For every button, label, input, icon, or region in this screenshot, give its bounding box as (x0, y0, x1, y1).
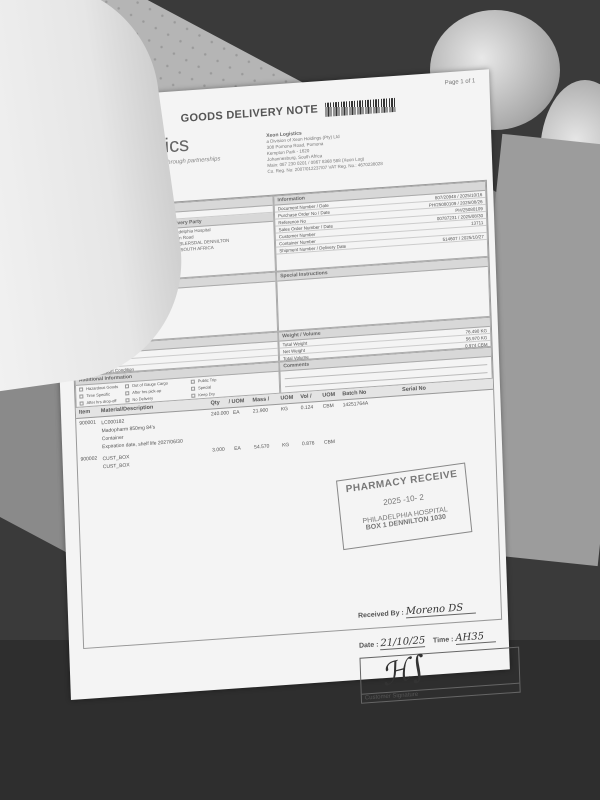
checkbox[interactable] (80, 401, 84, 405)
checkbox[interactable] (125, 398, 129, 402)
date-time-field: Date : 21/10/25 Time : AH35 (359, 630, 496, 652)
column-header: UOM (280, 394, 300, 401)
document-title: GOODS DELIVERY NOTE (180, 103, 318, 125)
checkbox[interactable] (79, 394, 83, 398)
date-value[interactable]: 21/10/25 (380, 635, 425, 650)
signature-scribble-icon: ℋ∫ (378, 649, 429, 694)
item-serial (402, 395, 453, 430)
date-label: Date : (359, 641, 379, 649)
item-mass: 21.900 (253, 407, 282, 441)
item-description: CUST_BOX CUST_BOX (102, 448, 212, 472)
info-label: Reference No (278, 218, 306, 224)
item-mass: 54.570 (254, 443, 282, 461)
info-value: 13711 (471, 220, 483, 225)
weight-label: Total Weight (282, 341, 307, 347)
item-mass-uom: KG (282, 441, 303, 458)
column-header: / UOM (228, 398, 252, 406)
company-address: Xeon Logistics a Division of Xeon Holdin… (266, 125, 383, 175)
checkbox[interactable] (191, 380, 195, 384)
item-uom: EA (234, 445, 255, 462)
checkbox-label: Keep Dry (198, 391, 215, 397)
page-indicator: Page 1 of 1 (445, 78, 476, 86)
item-mass-uom: KG (281, 405, 302, 438)
weight-unit: KG (480, 328, 487, 333)
item-volume: 0.124 (301, 404, 324, 438)
item-number: 900002 (80, 455, 103, 473)
checkbox-label: After hrs drop-off (86, 398, 116, 405)
info-value: PH/25080109 (455, 206, 483, 212)
time-label: Time : (433, 636, 454, 644)
column-header: Item (79, 408, 101, 416)
weight-value: 56.970 (466, 336, 480, 342)
checkbox[interactable] (191, 394, 195, 398)
item-uom: EA (233, 409, 254, 442)
checkbox-label: Special (198, 384, 211, 390)
column-header: Qty (210, 399, 228, 406)
checkbox-label: No Delivery (132, 396, 153, 402)
info-value: 514607 / 2025/10/27 (442, 234, 483, 241)
checkbox[interactable] (79, 387, 83, 391)
item-volume: 0.876 (302, 440, 325, 458)
checkbox[interactable] (191, 387, 195, 391)
item-batch (344, 434, 404, 454)
checkbox[interactable] (125, 384, 129, 388)
item-batch: 14251764A (343, 398, 404, 434)
item-qty: 240.000 (211, 410, 234, 444)
barcode-icon (325, 98, 395, 117)
item-number: 900001 (79, 419, 102, 453)
checkbox[interactable] (125, 391, 129, 395)
item-serial (404, 431, 454, 450)
column-header: UOM (322, 391, 342, 398)
item-qty: 3.000 (212, 446, 235, 464)
item-volume-uom: CBM (324, 438, 345, 455)
column-header: Serial No (402, 384, 452, 393)
weight-unit: KG (481, 335, 488, 340)
item-volume-uom: CBM (323, 402, 344, 435)
column-header: Vol / (300, 393, 322, 401)
received-by-label: Received By : (358, 610, 404, 620)
weight-label: Net Weight (283, 348, 305, 354)
time-value[interactable]: AH35 (455, 630, 495, 645)
item-description: LC000182 Madopharm 850mg 84's Container … (101, 412, 212, 452)
weight-value: 76.490 (465, 329, 479, 335)
column-header: Mass / (252, 396, 280, 404)
description-line: CUST_BOX (103, 461, 130, 471)
